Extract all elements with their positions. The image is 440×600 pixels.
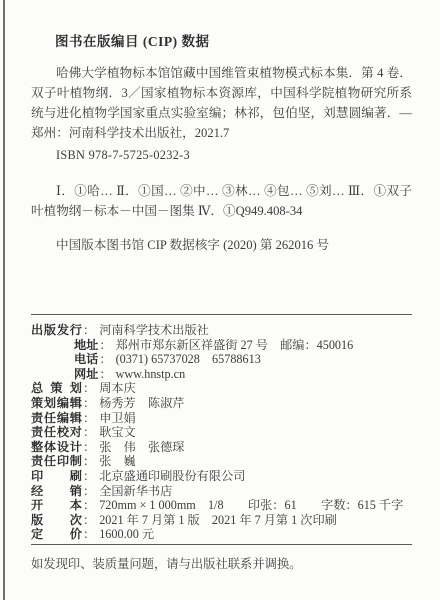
info-value: (0371) 65737028 65788613 xyxy=(116,352,261,366)
info-label: 电话 xyxy=(74,352,98,367)
info-label: 出版发行 xyxy=(31,323,82,338)
quality-notice: 如发现印、装质量问题，请与出版社联系并调换。 xyxy=(31,556,412,573)
info-colon: ： xyxy=(83,527,95,542)
info-value: 1600.00 元 xyxy=(99,527,154,541)
page-content: 图书在版编目 (CIP) 数据 哈佛大学植物标本馆馆藏中国维管束植物模式标本集．… xyxy=(0,0,440,573)
info-colon: ： xyxy=(99,367,111,382)
info-row-planning-editor: 策划编辑：杨秀芳 陈淑芹 xyxy=(31,396,412,411)
info-row-publisher: 出版发行：河南科学技术出版社 xyxy=(31,323,412,338)
info-value: www.hnstp.cn xyxy=(116,367,186,381)
info-label: 责任校对 xyxy=(31,425,82,440)
info-value: 郑州市郑东新区祥盛街 27 号 邮编：450016 xyxy=(116,338,354,352)
info-label: 版次 xyxy=(31,513,82,528)
info-row-price: 定价：1600.00 元 xyxy=(31,527,412,542)
info-label: 网址 xyxy=(74,367,98,382)
info-value: 张 伟 张德琛 xyxy=(99,440,184,454)
info-row-design: 整体设计：张 伟 张德琛 xyxy=(31,440,412,455)
info-value: 全国新华书店 xyxy=(99,484,172,498)
info-label: 策划编辑 xyxy=(31,396,82,411)
info-colon: ： xyxy=(83,396,95,411)
publisher-info: 出版发行：河南科学技术出版社 地址：郑州市郑东新区祥盛街 27 号 邮编：450… xyxy=(31,323,412,542)
info-colon: ： xyxy=(99,338,111,353)
info-label: 开本 xyxy=(31,498,82,513)
info-label: 定价 xyxy=(31,527,82,542)
info-label: 总策划 xyxy=(31,381,82,396)
info-colon: ： xyxy=(83,440,95,455)
info-row-phone: 电话：(0371) 65737028 65788613 xyxy=(31,352,412,367)
divider-top xyxy=(31,314,412,315)
info-value: 耿宝文 xyxy=(99,425,136,439)
cip-description: 哈佛大学植物标本馆馆藏中国维管束植物模式标本集．第 4 卷．双子叶植物纲．3／国… xyxy=(31,63,412,143)
info-value: 河南科学技术出版社 xyxy=(99,323,209,337)
info-label: 地址 xyxy=(74,338,98,353)
info-row-responsible-editor: 责任编辑：申卫娟 xyxy=(31,411,412,426)
info-value: 北京盛通印刷股份有限公司 xyxy=(99,469,245,483)
info-colon: ： xyxy=(83,381,95,396)
info-row-printer: 印刷：北京盛通印刷股份有限公司 xyxy=(31,469,412,484)
cip-title: 图书在版编目 (CIP) 数据 xyxy=(55,0,412,50)
info-row-edition: 版次：2021 年 7 月第 1 版 2021 年 7 月第 1 次印刷 xyxy=(31,513,412,528)
info-label: 经销 xyxy=(31,484,82,499)
divider-bottom xyxy=(31,544,412,545)
info-colon: ： xyxy=(83,411,95,426)
info-label: 整体设计 xyxy=(31,440,82,455)
info-value: 周本庆 xyxy=(99,381,136,395)
cip-record-number: 中国版本图书馆 CIP 数据核字 (2020) 第 262016 号 xyxy=(56,237,412,254)
info-row-chief-planner: 总策划：周本庆 xyxy=(31,381,412,396)
info-colon: ： xyxy=(83,469,95,484)
cip-classification: Ⅰ．①哈… Ⅱ．①国… ②中… ③林… ④包… ⑤刘… Ⅲ．①双子叶植物纲－标本… xyxy=(31,181,412,221)
copyright-page: 图书在版编目 (CIP) 数据 哈佛大学植物标本馆馆藏中国维管束植物模式标本集．… xyxy=(0,0,440,600)
info-value: 杨秀芳 陈淑芹 xyxy=(99,396,184,410)
info-value: 720mm × 1 000mm 1/8 印张：61 字数：615 千字 xyxy=(99,498,403,512)
info-colon: ： xyxy=(99,352,111,367)
info-colon: ： xyxy=(83,484,95,499)
info-label: 责任印制 xyxy=(31,454,82,469)
info-label: 印刷 xyxy=(31,469,82,484)
info-row-address: 地址：郑州市郑东新区祥盛街 27 号 邮编：450016 xyxy=(31,338,412,353)
info-colon: ： xyxy=(83,498,95,513)
info-colon: ： xyxy=(83,454,95,469)
info-label: 责任编辑 xyxy=(31,411,82,426)
info-value: 2021 年 7 月第 1 版 2021 年 7 月第 1 次印刷 xyxy=(99,513,337,527)
info-row-format: 开本：720mm × 1 000mm 1/8 印张：61 字数：615 千字 xyxy=(31,498,412,513)
isbn-line: ISBN 978-7-5725-0232-3 xyxy=(56,147,412,164)
info-row-distributor: 经销：全国新华书店 xyxy=(31,484,412,499)
info-row-website: 网址：www.hnstp.cn xyxy=(31,367,412,382)
info-row-proofreader: 责任校对：耿宝文 xyxy=(31,425,412,440)
info-colon: ： xyxy=(83,513,95,528)
info-colon: ： xyxy=(83,323,95,338)
info-row-print-supervisor: 责任印制：张 巍 xyxy=(31,454,412,469)
info-value: 张 巍 xyxy=(99,454,136,468)
info-colon: ： xyxy=(83,425,95,440)
info-value: 申卫娟 xyxy=(99,411,136,425)
